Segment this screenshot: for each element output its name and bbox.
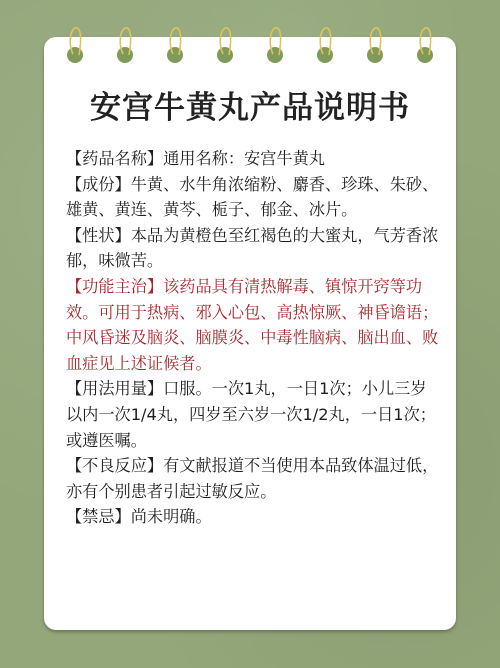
section-label: 【性状】 bbox=[66, 226, 131, 245]
binder-ring-icon bbox=[417, 24, 433, 64]
section-dosage: 【用法用量】口服。一次1丸，一日1次；小儿三岁以内一次1/4丸，四岁至六岁一次1… bbox=[66, 376, 440, 453]
binder-ring-icon bbox=[367, 24, 383, 64]
section-indications: 【功能主治】该药品具有清热解毒、镇惊开窍等功效。可用于热病、邪入心包、高热惊厥、… bbox=[66, 274, 440, 376]
binder-ring-icon bbox=[167, 24, 183, 64]
section-label: 【功能主治】 bbox=[66, 277, 163, 296]
binder-ring-icon bbox=[117, 24, 133, 64]
document-body: 【药品名称】通用名称：安宫牛黄丸 【成份】牛黄、水牛角浓缩粉、麝香、珍珠、朱砂、… bbox=[66, 146, 440, 530]
section-description: 【性状】本品为黄橙色至红褐色的大蜜丸，气芳香浓郁，味微苦。 bbox=[66, 223, 440, 274]
section-label: 【不良反应】 bbox=[66, 456, 163, 475]
section-label: 【成份】 bbox=[66, 175, 131, 194]
page-title: 安宫牛黄丸产品说明书 bbox=[0, 82, 500, 127]
section-label: 【禁忌】 bbox=[66, 507, 131, 526]
section-text: 通用名称：安宫牛黄丸 bbox=[163, 149, 325, 168]
binder-ring-icon bbox=[67, 24, 83, 64]
binder-ring-icon bbox=[217, 24, 233, 64]
section-adverse-reactions: 【不良反应】有文献报道不当使用本品致体温过低，亦有个别患者引起过敏反应。 bbox=[66, 453, 440, 504]
section-drug-name: 【药品名称】通用名称：安宫牛黄丸 bbox=[66, 146, 440, 172]
section-contraindications: 【禁忌】尚未明确。 bbox=[66, 504, 440, 530]
section-label: 【药品名称】 bbox=[66, 149, 163, 168]
section-text: 尚未明确。 bbox=[131, 507, 212, 526]
section-label: 【用法用量】 bbox=[66, 379, 163, 398]
binder-ring-icon bbox=[267, 24, 283, 64]
section-ingredients: 【成份】牛黄、水牛角浓缩粉、麝香、珍珠、朱砂、雄黄、黄连、黄芩、栀子、郁金、冰片… bbox=[66, 172, 440, 223]
binder-ring-icon bbox=[317, 24, 333, 64]
